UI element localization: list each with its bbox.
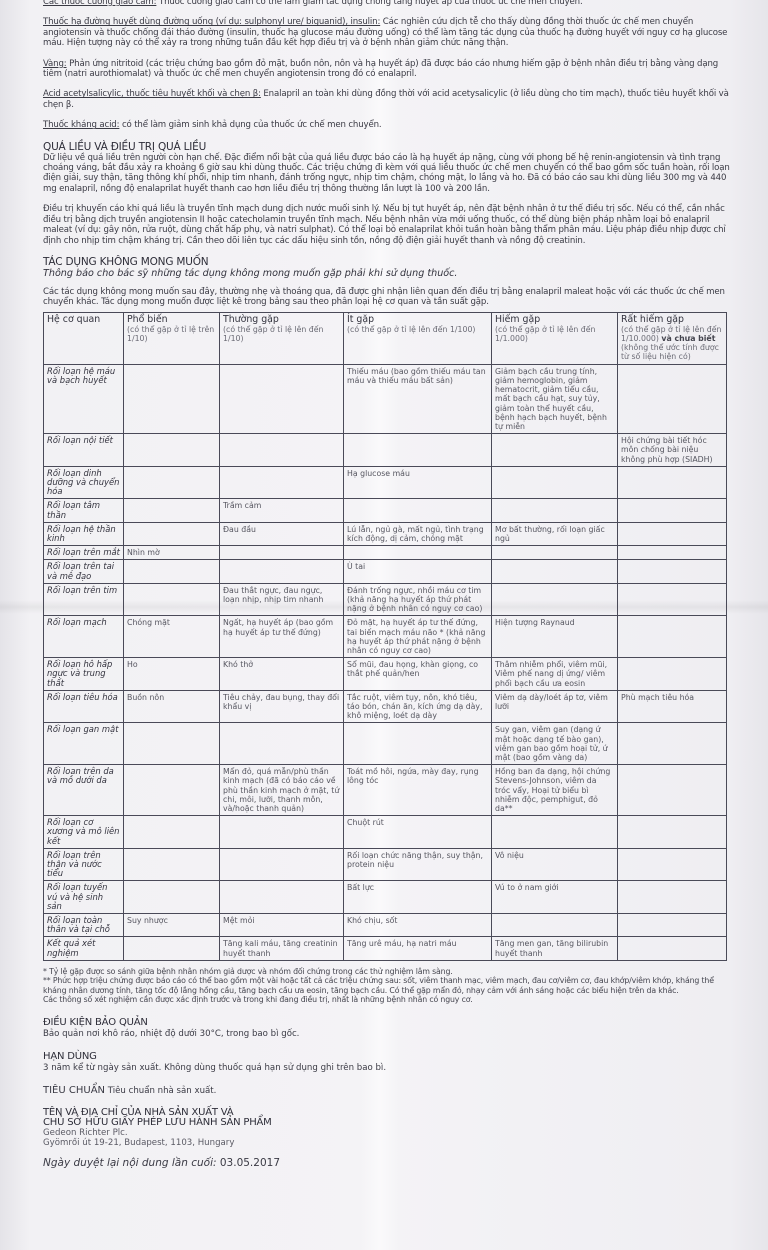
frequency-cell: Đau thắt ngực, đau ngực, loạn nhịp, nhịp… — [220, 583, 344, 616]
frequency-cell: Ho — [124, 658, 220, 691]
frequency-cell: Hồng ban đa dạng, hội chứng Stevens-John… — [492, 765, 618, 816]
organ-system-cell: Rối loạn cơ xương và mô liên kết — [44, 816, 124, 849]
review-date: Ngày duyệt lại nội dung lần cuối: 03.05.… — [43, 1157, 733, 1169]
table-row: Rối loạn tuyến vú và hệ sinh sảnBất lựcV… — [44, 881, 727, 914]
frequency-cell: Lú lẫn, ngủ gà, mất ngủ, tình trạng kích… — [344, 522, 492, 545]
organ-system-cell: Rối loạn mạch — [44, 616, 124, 658]
frequency-cell: Trầm cảm — [220, 499, 344, 522]
frequency-cell — [618, 466, 727, 499]
leaflet-page: Các thuốc cường giao cảm: Thuốc cường gi… — [0, 0, 768, 1250]
organ-system-cell: Rối loạn tuyến vú và hệ sinh sản — [44, 881, 124, 914]
frequency-cell — [344, 434, 492, 467]
frequency-cell: Buồn nôn — [124, 690, 220, 723]
frequency-cell: Suy gan, viêm gan (dạng ứ mật hoặc dạng … — [492, 723, 618, 765]
table-footnotes: * Tỷ lệ gặp được so sánh giữa bệnh nhân … — [43, 967, 733, 1005]
footnote: ** Phức hợp triệu chứng được báo cáo có … — [43, 976, 733, 995]
adverse-effects-body: Rối loạn hệ máu và bạch huyếtThiếu máu (… — [44, 364, 727, 960]
header-uncommon: Ít gặp(có thể gặp ở tỉ lệ lên đến 1/100) — [344, 312, 492, 364]
frequency-cell — [492, 816, 618, 849]
table-row: Rối loạn nội tiếtHội chứng bài tiết hóc … — [44, 434, 727, 467]
frequency-cell — [618, 658, 727, 691]
frequency-cell — [124, 937, 220, 960]
frequency-cell — [492, 546, 618, 560]
frequency-cell — [618, 364, 727, 433]
overdose-treatment-paragraph: Điều trị khuyến cáo khi quá liều là truy… — [43, 204, 733, 246]
table-row: Rối loạn cơ xương và mô liên kếtChuột rú… — [44, 816, 727, 849]
frequency-cell: Thiếu máu (bao gồm thiếu máu tan máu và … — [344, 364, 492, 433]
manufacturer-section: TÊN VÀ ĐỊA CHỈ CỦA NHÀ SẢN XUẤT VÀ CHỦ S… — [43, 1108, 733, 1149]
header-organ-system: Hệ cơ quan — [44, 312, 124, 364]
organ-system-cell: Rối loạn trên thận và nước tiểu — [44, 848, 124, 881]
organ-system-cell: Rối loạn tâm thần — [44, 499, 124, 522]
frequency-cell — [124, 765, 220, 816]
interaction-gold: Vàng: Phản ứng nitritoid (các triệu chứn… — [43, 59, 733, 80]
manufacturer-name: Gedeon Richter Plc. — [43, 1129, 733, 1139]
frequency-cell — [124, 434, 220, 467]
table-row: Rối loạn tiêu hóaBuồn nônTiêu chảy, đau … — [44, 690, 727, 723]
overdose-paragraph: Dữ liệu về quá liều trên người còn hạn c… — [43, 153, 733, 195]
organ-system-cell: Rối loạn hệ máu và bạch huyết — [44, 364, 124, 433]
frequency-cell — [618, 583, 727, 616]
table-row: Rối loạn toàn thân và tại chỗSuy nhượcMệ… — [44, 914, 727, 937]
adverse-effects-intro: Các tác dụng không mong muốn sau đây, th… — [43, 287, 733, 308]
frequency-cell: Toát mồ hôi, ngứa, mày đay, rụng lông tó… — [344, 765, 492, 816]
manufacturer-address: Gyömrői út 19-21, Budapest, 1103, Hungar… — [43, 1139, 733, 1149]
interaction-antidiabetics: Thuốc hạ đường huyết dùng đường uống (ví… — [43, 17, 733, 48]
interaction-antacids: Thuốc kháng acid: có thể làm giảm sinh k… — [43, 120, 733, 130]
organ-system-cell: Kết quả xét nghiệm — [44, 937, 124, 960]
header-rare: Hiếm gặp(có thể gặp ở tỉ lệ lên đến 1/1.… — [492, 312, 618, 364]
storage-section: ĐIỀU KIỆN BẢO QUẢN Bảo quản nơi khô ráo,… — [43, 1017, 733, 1039]
frequency-cell — [618, 546, 727, 560]
frequency-cell: Bất lực — [344, 881, 492, 914]
footnote: * Tỷ lệ gặp được so sánh giữa bệnh nhân … — [43, 967, 733, 976]
table-row: Rối loạn hô hấp ngực và trung thấtHoKhó … — [44, 658, 727, 691]
shelf-life-text: 3 năm kể từ ngày sản xuất. Không dùng th… — [43, 1063, 733, 1073]
frequency-cell: Đỏ mặt, hạ huyết áp tư thế đứng, tai biế… — [344, 616, 492, 658]
frequency-cell: Viêm dạ dày/loét áp tơ, viêm lưỡi — [492, 690, 618, 723]
frequency-cell — [220, 434, 344, 467]
frequency-cell — [492, 560, 618, 583]
frequency-cell: Chóng mặt — [124, 616, 220, 658]
table-row: Rối loạn dinh dưỡng và chuyển hóaHạ gluc… — [44, 466, 727, 499]
table-row: Rối loạn hệ máu và bạch huyếtThiếu máu (… — [44, 364, 727, 433]
table-row: Rối loạn tâm thầnTrầm cảm — [44, 499, 727, 522]
organ-system-cell: Rối loạn gan mật — [44, 723, 124, 765]
frequency-cell: Chuột rút — [344, 816, 492, 849]
organ-system-cell: Rối loạn toàn thân và tại chỗ — [44, 914, 124, 937]
frequency-cell: Suy nhược — [124, 914, 220, 937]
frequency-cell — [618, 560, 727, 583]
frequency-cell: Khó chịu, sốt — [344, 914, 492, 937]
frequency-cell: Phù mạch tiêu hóa — [618, 690, 727, 723]
table-row: Rối loạn mạchChóng mặtNgất, hạ huyết áp … — [44, 616, 727, 658]
frequency-cell — [124, 723, 220, 765]
frequency-cell — [618, 616, 727, 658]
table-row: Rối loạn gan mậtSuy gan, viêm gan (dạng … — [44, 723, 727, 765]
review-date-value: 03.05.2017 — [220, 1157, 280, 1169]
frequency-cell: Sổ mũi, đau họng, khàn giọng, co thắt ph… — [344, 658, 492, 691]
frequency-cell: Đau đầu — [220, 522, 344, 545]
frequency-cell — [220, 364, 344, 433]
frequency-cell — [124, 816, 220, 849]
header-common: Thường gặp(có thể gặp ở tỉ lệ lên đến 1/… — [220, 312, 344, 364]
adverse-effects-subtitle: Thông báo cho bác sỹ những tác dụng khôn… — [43, 268, 733, 279]
organ-system-cell: Rối loạn trên tai và mê đạo — [44, 560, 124, 583]
header-very-rare: Rất hiếm gặp(có thể gặp ở tỉ lệ lên đến … — [618, 312, 727, 364]
frequency-cell — [124, 466, 220, 499]
frequency-cell — [124, 522, 220, 545]
organ-system-cell: Rối loạn dinh dưỡng và chuyển hóa — [44, 466, 124, 499]
table-row: Rối loạn trên mắtNhìn mờ — [44, 546, 727, 560]
frequency-cell — [220, 848, 344, 881]
interaction-acetylsalicylic: Acid acetylsalicylic, thuốc tiêu huyết k… — [43, 89, 733, 110]
frequency-cell — [618, 914, 727, 937]
frequency-cell — [618, 848, 727, 881]
frequency-cell: Vú to ở nam giới — [492, 881, 618, 914]
frequency-cell — [220, 723, 344, 765]
frequency-cell — [618, 723, 727, 765]
frequency-cell — [618, 499, 727, 522]
header-very-common: Phổ biến(có thể gặp ở tỉ lệ trên 1/10) — [124, 312, 220, 364]
adverse-effects-table: Hệ cơ quan Phổ biến(có thể gặp ở tỉ lệ t… — [43, 312, 727, 961]
frequency-cell: Tăng kali máu, tăng creatinin huyết than… — [220, 937, 344, 960]
frequency-cell — [220, 816, 344, 849]
frequency-cell: Mệt mỏi — [220, 914, 344, 937]
frequency-cell — [618, 881, 727, 914]
frequency-cell: Tăng urê máu, hạ natri máu — [344, 937, 492, 960]
frequency-cell — [618, 522, 727, 545]
storage-text: Bảo quản nơi khô ráo, nhiệt độ dưới 30°C… — [43, 1029, 733, 1039]
organ-system-cell: Rối loạn hô hấp ngực và trung thất — [44, 658, 124, 691]
frequency-cell: Tăng men gan, tăng bilirubin huyết thanh — [492, 937, 618, 960]
adverse-effects-heading: TÁC DỤNG KHÔNG MONG MUỐN — [43, 256, 733, 268]
frequency-cell: Vô niệu — [492, 848, 618, 881]
frequency-cell — [492, 914, 618, 937]
frequency-cell — [124, 499, 220, 522]
organ-system-cell: Rối loạn hệ thần kinh — [44, 522, 124, 545]
organ-system-cell: Rối loạn trên da và mô dưới da — [44, 765, 124, 816]
standard-section: TIÊU CHUẨN Tiêu chuẩn nhà sản xuất. — [43, 1085, 733, 1096]
frequency-cell — [124, 583, 220, 616]
leaflet-content: Các thuốc cường giao cảm: Thuốc cường gi… — [43, 0, 733, 1169]
frequency-cell: Mẩn đỏ, quá mẫn/phù thần kinh mạch (đã c… — [220, 765, 344, 816]
organ-system-cell: Rối loạn trên tim — [44, 583, 124, 616]
frequency-cell — [344, 499, 492, 522]
frequency-cell — [220, 546, 344, 560]
frequency-cell: Ù tai — [344, 560, 492, 583]
review-date-label: Ngày duyệt lại nội dung lần cuối: — [43, 1157, 217, 1169]
organ-system-cell: Rối loạn trên mắt — [44, 546, 124, 560]
frequency-cell: Khó thở — [220, 658, 344, 691]
frequency-cell: Tiêu chảy, đau bụng, thay đổi khẩu vị — [220, 690, 344, 723]
frequency-cell — [618, 816, 727, 849]
frequency-cell — [492, 499, 618, 522]
manufacturer-heading: CHỦ SỞ HỮU GIẤY PHÉP LƯU HÀNH SẢN PHẨM — [43, 1118, 733, 1128]
frequency-cell: Thâm nhiễm phổi, viêm mũi, Viêm phế nang… — [492, 658, 618, 691]
table-row: Rối loạn hệ thần kinhĐau đầuLú lẫn, ngủ … — [44, 522, 727, 545]
frequency-cell — [124, 364, 220, 433]
frequency-cell: Hội chứng bài tiết hóc môn chống bài niệ… — [618, 434, 727, 467]
organ-system-cell: Rối loạn nội tiết — [44, 434, 124, 467]
frequency-cell — [124, 848, 220, 881]
organ-system-cell: Rối loạn tiêu hóa — [44, 690, 124, 723]
frequency-cell — [492, 466, 618, 499]
frequency-cell — [220, 881, 344, 914]
shelf-life-section: HẠN DÙNG 3 năm kể từ ngày sản xuất. Khôn… — [43, 1051, 733, 1073]
standard-text: Tiêu chuẩn nhà sản xuất. — [108, 1086, 217, 1096]
overdose-heading: QUÁ LIỀU VÀ ĐIỀU TRỊ QUÁ LIỀU — [43, 141, 733, 153]
frequency-cell — [220, 560, 344, 583]
frequency-cell — [344, 546, 492, 560]
frequency-cell: Nhìn mờ — [124, 546, 220, 560]
frequency-cell — [124, 881, 220, 914]
storage-heading: ĐIỀU KIỆN BẢO QUẢN — [43, 1017, 733, 1028]
table-header-row: Hệ cơ quan Phổ biến(có thể gặp ở tỉ lệ t… — [44, 312, 727, 364]
table-row: Rối loạn trên thận và nước tiểuRối loạn … — [44, 848, 727, 881]
frequency-cell: Rối loạn chức năng thận, suy thận, prote… — [344, 848, 492, 881]
frequency-cell — [124, 560, 220, 583]
frequency-cell: Giảm bạch cầu trung tính, giảm hemoglobi… — [492, 364, 618, 433]
frequency-cell: Ngất, hạ huyết áp (bao gồm hạ huyết áp t… — [220, 616, 344, 658]
frequency-cell: Tắc ruột, viêm tụy, nôn, khó tiêu, táo b… — [344, 690, 492, 723]
interaction-sympathomimetics: Các thuốc cường giao cảm: Thuốc cường gi… — [43, 0, 733, 7]
shelf-life-heading: HẠN DÙNG — [43, 1051, 733, 1062]
frequency-cell — [492, 583, 618, 616]
table-row: Kết quả xét nghiệmTăng kali máu, tăng cr… — [44, 937, 727, 960]
standard-heading: TIÊU CHUẨN — [43, 1085, 105, 1096]
frequency-cell: Hạ glucose máu — [344, 466, 492, 499]
footnote: Các thông số xét nghiệm cần được xác địn… — [43, 995, 733, 1004]
frequency-cell: Đánh trống ngực, nhồi máu cơ tim (khả nă… — [344, 583, 492, 616]
frequency-cell: Hiện tượng Raynaud — [492, 616, 618, 658]
frequency-cell: Mơ bất thường, rối loạn giấc ngủ — [492, 522, 618, 545]
table-row: Rối loạn trên da và mô dưới daMẩn đỏ, qu… — [44, 765, 727, 816]
frequency-cell — [618, 765, 727, 816]
frequency-cell — [344, 723, 492, 765]
frequency-cell — [220, 466, 344, 499]
frequency-cell — [492, 434, 618, 467]
frequency-cell — [618, 937, 727, 960]
table-row: Rối loạn trên timĐau thắt ngực, đau ngực… — [44, 583, 727, 616]
table-row: Rối loạn trên tai và mê đạoÙ tai — [44, 560, 727, 583]
